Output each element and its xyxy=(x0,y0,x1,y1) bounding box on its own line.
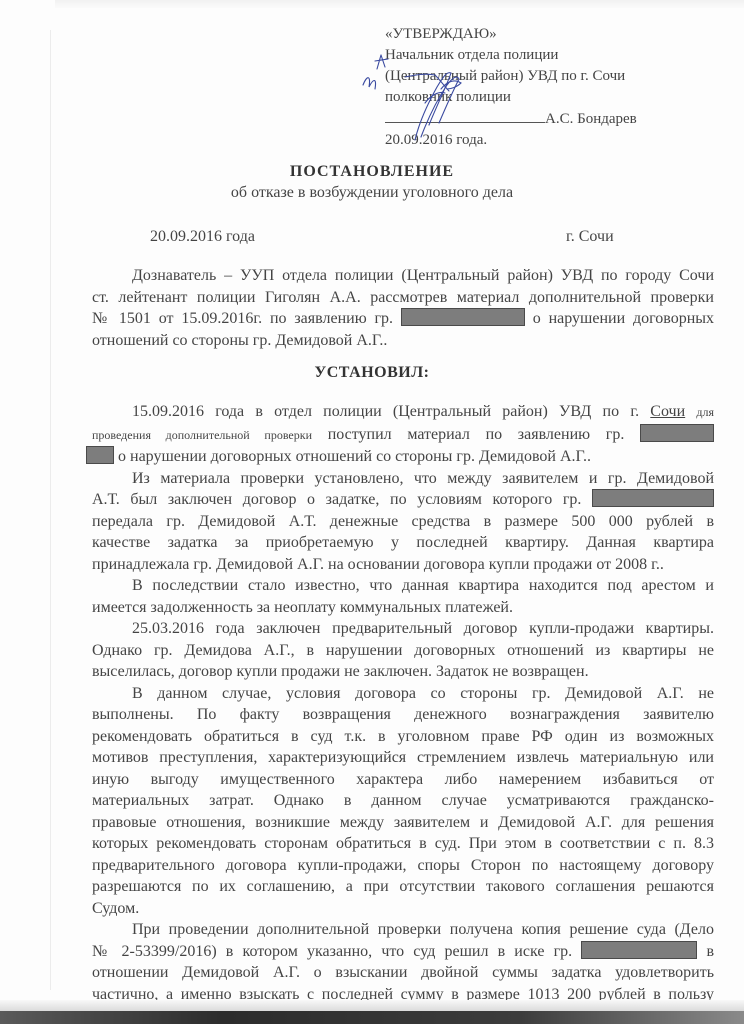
scanned-page: «УТВЕРЖДАЮ» Начальник отдела полиции (Це… xyxy=(0,0,744,1024)
body-line: 15.09.2016 года в отдел полиции (Централ… xyxy=(92,401,714,424)
body-line: имеется задолженность за неоплату коммун… xyxy=(92,597,714,619)
intro-line: Дознаватель – УУП отдела полиции (Центра… xyxy=(92,265,714,287)
body-line: разрешаются по их соглашению, а при отсу… xyxy=(92,876,714,898)
redaction-box xyxy=(592,489,714,507)
body-line: Судом. xyxy=(92,898,714,920)
body-line: Однако гр. Демидова А.Г., в нарушении до… xyxy=(92,640,714,662)
body-line: А.Т. был заключен договор о задатке, по … xyxy=(92,489,714,511)
body-line: материальных затрат. Однако в данном слу… xyxy=(92,790,714,812)
body-text: № 2-53399/2016) в котором указанно, что … xyxy=(92,943,572,960)
document-city: г. Сочи xyxy=(566,228,614,246)
body-text: 15.09.2016 года в отдел полиции (Централ… xyxy=(132,403,639,420)
scan-top-edge xyxy=(55,0,744,8)
document-date: 20.09.2016 года xyxy=(150,228,255,246)
intro-text: № 1501 от 15.09.2016г. по заявлению гр. xyxy=(92,310,393,327)
body-line: В данном случае, условия договора со сто… xyxy=(92,683,714,705)
body-line: отношении Демидовой А.Г. о взыскании дво… xyxy=(92,962,714,984)
body-text: в xyxy=(706,943,714,960)
handwritten-signature-icon xyxy=(355,45,495,145)
redaction-box xyxy=(401,308,525,326)
body-text: о нарушении договорных отношений со стор… xyxy=(118,448,591,465)
body-line: проведения дополнительной проверки посту… xyxy=(92,424,714,447)
body-line: правовые отношения, возникшие между заяв… xyxy=(92,812,714,834)
body-line: рекомендовать обратиться в суд т.к. в уг… xyxy=(92,726,714,748)
document-title: ПОСТАНОВЛЕНИЕ xyxy=(0,163,744,181)
body-line: 25.03.2016 года заключен предварительный… xyxy=(92,618,714,640)
body-line: передала гр. Демидовой А.Т. денежные сре… xyxy=(92,511,714,533)
body-line: Из материала проверки установлено, что м… xyxy=(92,468,714,490)
redaction-box xyxy=(640,424,714,442)
body-line: выполнены. По факту возвращения денежног… xyxy=(92,704,714,726)
body-text: 15.09.2016 года в отдел полиции (Централ… xyxy=(92,401,714,1024)
body-line: о нарушении договорных отношений со стор… xyxy=(92,446,714,468)
body-line: выселилась, договор купли продажи не зак… xyxy=(92,661,714,683)
body-line: которых рекомендовать сторонам обратитьс… xyxy=(92,833,714,855)
body-text: поступил материал по заявлению гр. xyxy=(328,426,625,443)
body-text: проведения дополнительной проверки xyxy=(92,428,312,442)
body-line: предварительного договора купли-продажи,… xyxy=(92,855,714,877)
body-text: А.Т. был заключен договор о задатке, по … xyxy=(92,491,581,508)
intro-line: № 1501 от 15.09.2016г. по заявлению гр. … xyxy=(92,308,714,330)
intro-text: о нарушении договорных xyxy=(533,310,714,327)
body-line: иную выгоду имущественного характера либ… xyxy=(92,769,714,791)
redaction-box xyxy=(86,446,114,464)
body-line: качестве задатка за приобретаемую у посл… xyxy=(92,532,714,554)
redaction-box xyxy=(581,941,697,959)
approval-signatory: А.С. Бондарев xyxy=(545,111,637,127)
intro-paragraph: Дознаватель – УУП отдела полиции (Центра… xyxy=(92,265,714,351)
body-line: В последствии стало известно, что данная… xyxy=(92,575,714,597)
body-text: Сочи xyxy=(650,403,685,420)
section-heading-established: УСТАНОВИЛ: xyxy=(0,364,744,382)
body-line: № 2-53399/2016) в котором указанно, что … xyxy=(92,941,714,963)
scan-bottom-edge xyxy=(0,1011,744,1024)
approval-label: «УТВЕРЖДАЮ» xyxy=(385,24,637,45)
body-line: При проведении дополнительной проверки п… xyxy=(92,919,714,941)
intro-line: отношений со стороны гр. Демидовой А.Г.. xyxy=(92,330,714,352)
body-text: для xyxy=(696,405,714,419)
body-line: принадлежала гр. Демидовой А.Г. на основ… xyxy=(92,554,714,576)
body-line: мотивов преступления, характеризующийся … xyxy=(92,747,714,769)
document-subtitle: об отказе в возбуждении уголовного дела xyxy=(0,184,744,202)
intro-line: ст. лейтенант полиции Гиголян А.А. рассм… xyxy=(92,287,714,309)
